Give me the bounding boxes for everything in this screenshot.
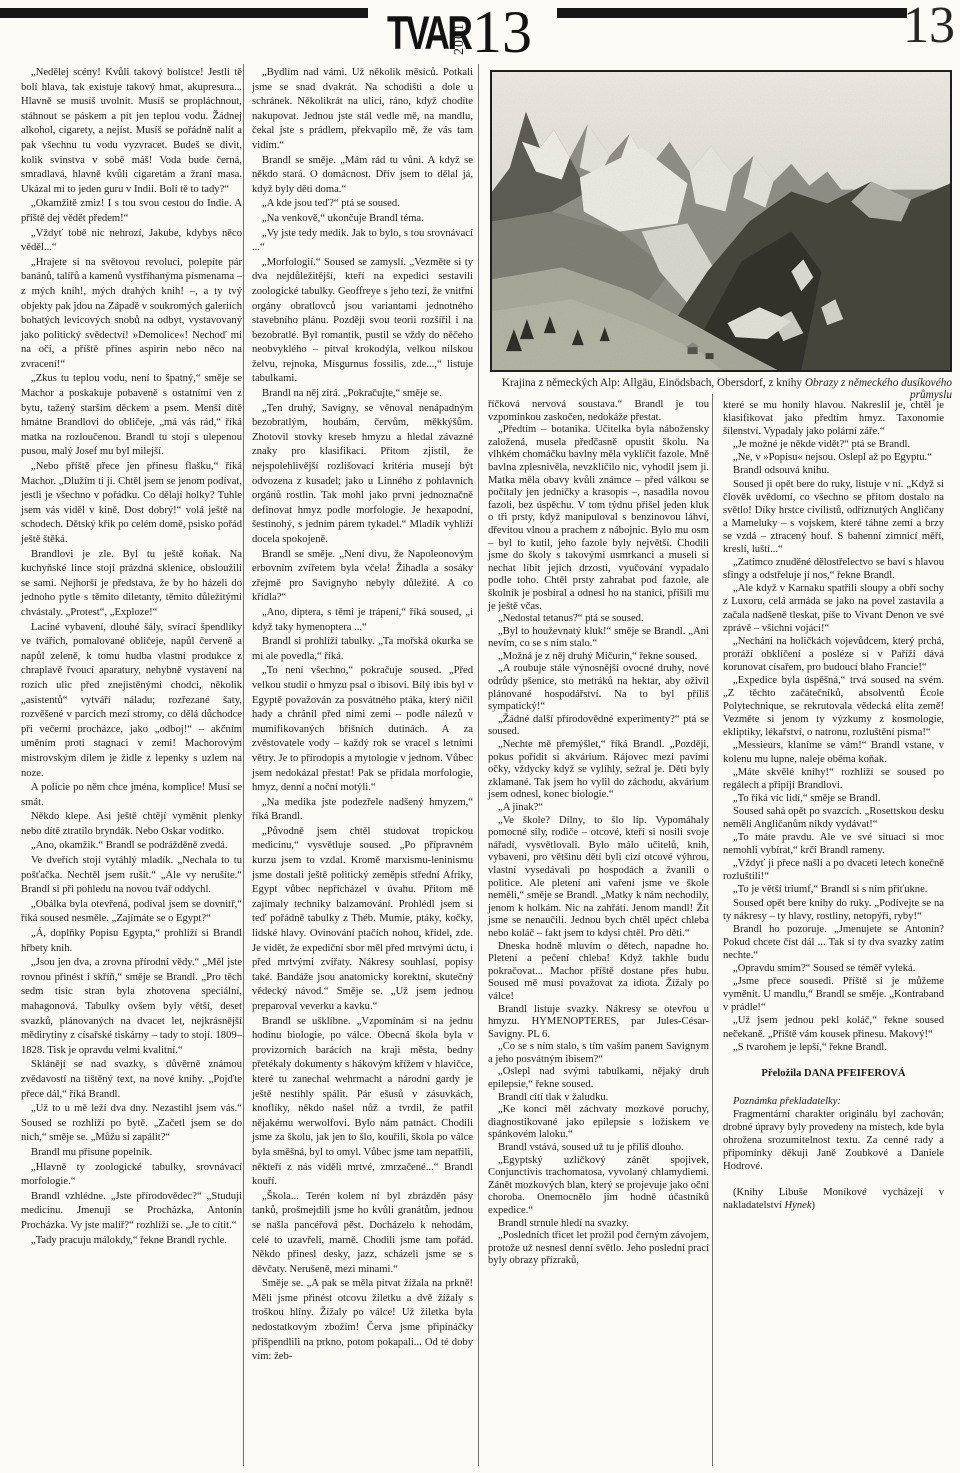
- paragraph: Sklánějí se nad svazky, s důvěrně známou…: [21, 1058, 242, 1102]
- paragraph: „Okamžitě zmiz! I s tou svou cestou do I…: [21, 197, 242, 226]
- paragraph: „Bydlím nad vámi. Už několik měsíců. Pot…: [252, 66, 473, 154]
- paragraph: „Expedice byla úspěšná,“ trvá soused na …: [723, 674, 944, 739]
- paragraph: „A kde jsou teď?“ ptá se soused.: [252, 197, 473, 212]
- paragraph: „Jsme přece sousedi. Příště si je můžeme…: [723, 975, 944, 1014]
- paragraph: Brandlovi je zle. Byl tu ještě koňak. Na…: [21, 548, 242, 621]
- publisher-note-text: (Knihy Libuše Moníkové vycházejí v nakla…: [723, 1187, 944, 1211]
- paragraph: „Ten druhý, Savigny, se věnoval nenápadn…: [252, 402, 473, 548]
- paragraph: Brandl se směje. „Není divu, že Napoleon…: [252, 548, 473, 606]
- paragraph: „Předtím – botanika. Učitelka byla nábož…: [488, 424, 709, 613]
- paragraph: „Necháni na holičkách vojevůdcem, který …: [723, 635, 944, 674]
- photo-caption-book-title: Obrazy z německého dusíkového průmyslu: [805, 377, 952, 401]
- text-column-1: „Nedělej scény! Kvůli takový bolístce! J…: [21, 66, 242, 1248]
- paragraph: „Posledních třicet let prožil pod černým…: [488, 1230, 709, 1268]
- paragraph: „Morfologií.“ Soused se zamyslí. „Vezmět…: [252, 256, 473, 387]
- paragraph: „Už to u mě leží dva dny. Nezastihl jsem…: [21, 1102, 242, 1146]
- paragraph: „Ke konci měl záchvaty mozkové poruchy, …: [488, 1104, 709, 1142]
- paragraph: „Hlavně ty zoologické tabulky, srovnávac…: [21, 1161, 242, 1190]
- page-number: 13: [903, 0, 955, 52]
- paragraph: „Ano, okamžik.“ Brandl se podrážděně zve…: [21, 839, 242, 854]
- text-column-3: říčková nervová soustava.“ Brandl je tou…: [488, 399, 709, 1268]
- paragraph: „To je větší triumf,“ Brandl si s ním př…: [723, 883, 944, 896]
- text-column-4: které se mu honily hlavou. Nakreslil je,…: [723, 399, 944, 1213]
- magazine-issue-number: 13: [472, 2, 532, 62]
- paragraph: „Vždyť ji přece našli a po dvaceti letec…: [723, 857, 944, 883]
- paragraph: „To není všechno,“ pokračuje soused. „Př…: [252, 664, 473, 795]
- paragraph: „Obálka byla otevřená, podíval jsem se d…: [21, 898, 242, 927]
- paragraph: Brandl vstává, soused už tu je příliš dl…: [488, 1142, 709, 1155]
- alps-photograph: [490, 70, 952, 372]
- paragraph: „A roubuje stále výnosnější ovocné druhy…: [488, 663, 709, 713]
- mountain-landscape-image: [492, 72, 950, 370]
- column-paragraphs: které se mu honily hlavou. Nakreslil je,…: [723, 399, 944, 1173]
- photo-caption: Krajina z německých Alp: Allgäu, Einödsb…: [488, 377, 952, 401]
- paragraph: „Nedělej scény! Kvůli takový bolístce! J…: [21, 66, 242, 197]
- paragraph: „Jsou jen dva, a zrovna přírodní vědy.“ …: [21, 956, 242, 1058]
- paragraph: Brandl ho pozoruje. „Jmenujete se Antoní…: [723, 923, 944, 962]
- paragraph: „Je možné je někde vidět?“ ptá se Brandl…: [723, 438, 944, 451]
- paragraph: „Vždyť tobě nic nehrozí, Jakube, kdybys …: [21, 227, 242, 256]
- paragraph: Ve dveřích stojí vytáhlý mladík. „Nechal…: [21, 854, 242, 898]
- paragraph: Brandl se ušklíbne. „Vzpomínám si na jed…: [252, 1015, 473, 1190]
- masthead-rule-right: [557, 8, 907, 18]
- text-column-2: „Bydlím nad vámi. Už několik měsíců. Pot…: [252, 66, 473, 1365]
- masthead-rule-left: [0, 8, 368, 18]
- publisher-name: Hynek: [784, 1200, 811, 1211]
- paragraph: Laciné vybavení, dlouhé šály, svírací šp…: [21, 621, 242, 782]
- paragraph: „Hrajete si na světovou revoluci, polepí…: [21, 256, 242, 373]
- paragraph: „Na venkově,“ ukončuje Brandl téma.: [252, 212, 473, 227]
- paragraph: „Co se s ním stalo, s tím vaším panem Sa…: [488, 1041, 709, 1066]
- paragraph: „Nechte mě přemýšlet,“ říká Brandl. „Poz…: [488, 739, 709, 802]
- paragraph: „To říká víc lidí,“ směje se Brandl.: [723, 792, 944, 805]
- paragraph: Soused ji opět bere do ruky, listuje v n…: [723, 478, 944, 557]
- column-divider-2: [478, 64, 479, 1466]
- paragraph: „Škola... Terén kolem ní byl zbrázděn pá…: [252, 1190, 473, 1278]
- paragraph: Poznámka překladatelky:: [723, 1095, 944, 1108]
- paragraph: Brandl listuje svazky. Nákresy se otevřo…: [488, 1004, 709, 1042]
- paragraph: „Vy jste tedy medik. Jak to bylo, s tou …: [252, 227, 473, 256]
- paragraph: „Á, doplňky Popisu Egypta,“ prohlíží si …: [21, 927, 242, 956]
- paragraph: Brandl odsouvá knihu.: [723, 464, 944, 477]
- paragraph: Směje se. „A pak se měla pitvat žížala n…: [252, 1277, 473, 1365]
- paragraph: „Možná je z něj druhý Mičurin,“ řekne so…: [488, 651, 709, 664]
- paragraph: „Žádné další přírodovědné experimenty?“ …: [488, 714, 709, 739]
- paragraph: „Opravdu smím?“ Soused se téměř vyleká.: [723, 962, 944, 975]
- paragraph: „Oslepl nad svými tabulkami, nějaký druh…: [488, 1066, 709, 1091]
- paragraph: „Na medika jste podezřele nadšený hmyzem…: [252, 796, 473, 825]
- paragraph: Někdo klepe. Asi ještě chtějí vyměnit pl…: [21, 810, 242, 839]
- paragraph: „To máte pravdu. Ale ve své situaci si m…: [723, 831, 944, 857]
- paragraph: „Nedostal tetanus?“ ptá se soused.: [488, 613, 709, 626]
- paragraph: „Zatímco znuděné dělostřelectvo se baví …: [723, 556, 944, 582]
- paragraph: „Messieurs, klaníme se vám!“ Brandl vsta…: [723, 739, 944, 765]
- paragraph: Přeložila DANA PFEIFEROVÁ: [723, 1067, 944, 1080]
- paragraph: které se mu honily hlavou. Nakreslil je,…: [723, 399, 944, 438]
- paragraph: Brandl na něj zírá. „Pokračujte,“ směje …: [252, 387, 473, 402]
- paragraph: „Ne, v »Popisu« nejsou. Oslepl až po Egy…: [723, 451, 944, 464]
- paragraph: Brandl cítí tlak v žaludku.: [488, 1092, 709, 1105]
- paragraph: Brandl strnule hledí na svazky.: [488, 1218, 709, 1231]
- paragraph: Brandl mu přisune popelník.: [21, 1146, 242, 1161]
- paragraph: A policie po něm chce jména, komplice! M…: [21, 781, 242, 810]
- paragraph: „Egyptský uzlíčkový zánět spojivek, Conj…: [488, 1155, 709, 1218]
- column-divider-1: [243, 64, 244, 1466]
- paragraph: „Původně jsem chtěl studovat tropickou m…: [252, 825, 473, 1015]
- paragraph: Brandl vzhlédne. „Jste přírodovědec?“ „S…: [21, 1190, 242, 1234]
- column-divider-3: [712, 394, 713, 1466]
- paragraph: Fragmentární charakter originálu byl zac…: [723, 1108, 944, 1173]
- magazine-year: 2001: [452, 11, 468, 55]
- paragraph: Soused opět bere knihy do ruky. „Podívej…: [723, 897, 944, 923]
- paragraph: „Zkus tu teplou vodu, není to špatný,“ s…: [21, 372, 242, 460]
- paragraph: „Ve škole? Dílny, to šlo líp. Vypomáhaly…: [488, 815, 709, 941]
- publisher-note-close: ): [812, 1200, 816, 1211]
- photo-caption-text: Krajina z německých Alp: Allgäu, Einödsb…: [502, 377, 805, 389]
- paragraph: říčková nervová soustava.“ Brandl je tou…: [488, 399, 709, 424]
- paragraph: „A jinak?“: [488, 802, 709, 815]
- paragraph: „Nebo příště přece jen přinesu flašku,“ …: [21, 460, 242, 548]
- paragraph: „Už jsem jednou pekl koláč,“ řekne souse…: [723, 1014, 944, 1040]
- paragraph: „Tady pracuju málokdy,“ řekne Brandl ryc…: [21, 1234, 242, 1249]
- paragraph: „Ale když v Karnaku spatřili sloupy a ob…: [723, 582, 944, 634]
- paragraph: Soused sahá opět po svazcích. „Rosettsko…: [723, 805, 944, 831]
- paragraph: „Byl to houževnatý kluk!“ směje se Brand…: [488, 626, 709, 651]
- publisher-note: (Knihy Libuše Moníkové vycházejí v nakla…: [723, 1186, 944, 1212]
- paragraph: Brandl si prohlíží tabulky. „Ta mořská o…: [252, 635, 473, 664]
- paragraph: „Ano, diptera, s těmi je trápení,“ říká …: [252, 606, 473, 635]
- paragraph: Brandl se směje. „Mám rád tu vůni. A kdy…: [252, 154, 473, 198]
- paragraph: „Máte skvělé knihy!“ rozhlíží se soused …: [723, 766, 944, 792]
- paragraph: Dneska hodně mluvím o dětech, napadne ho…: [488, 941, 709, 1004]
- paragraph: „S tvarohem je lepší,“ řekne Brandl.: [723, 1041, 944, 1054]
